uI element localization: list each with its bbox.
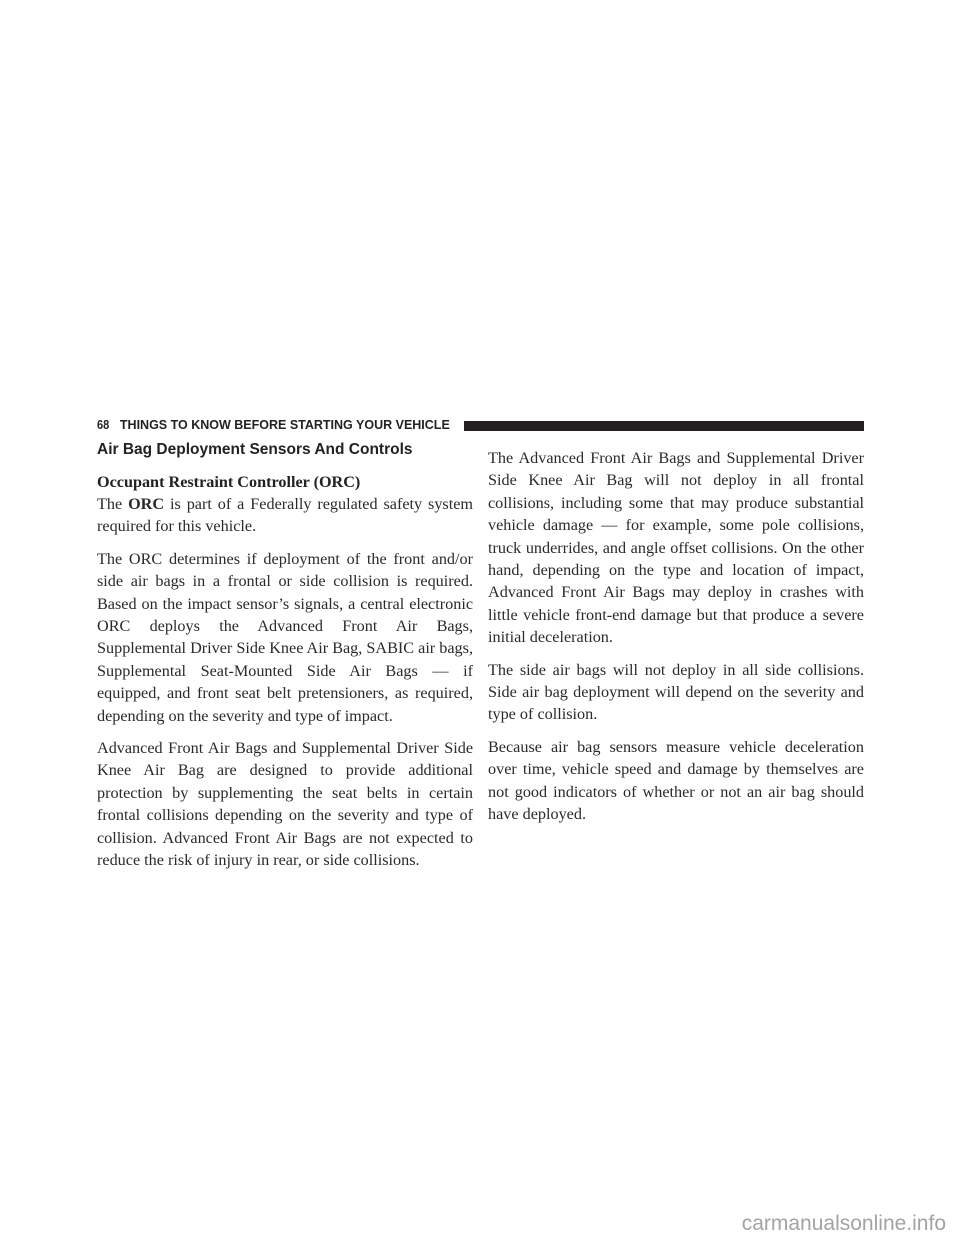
paragraph-orc-determines: The ORC determines if deployment of the … (97, 548, 473, 727)
paragraph-orc-intro: The ORC is part of a Federally regulated… (97, 493, 473, 538)
page-number: 68 (97, 418, 109, 432)
manual-page: 68 THINGS TO KNOW BEFORE STARTING YOUR V… (0, 0, 960, 1242)
orc-bold-term: ORC (128, 495, 164, 513)
right-column: The Advanced Front Air Bags and Suppleme… (488, 447, 864, 836)
header-rule-bar (464, 421, 864, 431)
paragraph-side-airbags: The side air bags will not deploy in all… (488, 659, 864, 726)
watermark: carmanualsonline.info (742, 1212, 946, 1236)
paragraph-deceleration: Because air bag sensors measure vehicle … (488, 736, 864, 826)
chapter-title: THINGS TO KNOW BEFORE STARTING YOUR VEHI… (120, 418, 450, 432)
running-head: 68 THINGS TO KNOW BEFORE STARTING YOUR V… (97, 417, 864, 433)
paragraph-advanced-front-airbags: Advanced Front Air Bags and Supplemental… (97, 737, 473, 871)
section-title: Air Bag Deployment Sensors And Controls (97, 440, 473, 460)
text-fragment: The (97, 495, 128, 513)
paragraph-not-deploy-frontal: The Advanced Front Air Bags and Suppleme… (488, 447, 864, 649)
left-column: Air Bag Deployment Sensors And Controls … (97, 440, 473, 882)
subsection-heading: Occupant Restraint Controller (ORC) (97, 471, 473, 493)
